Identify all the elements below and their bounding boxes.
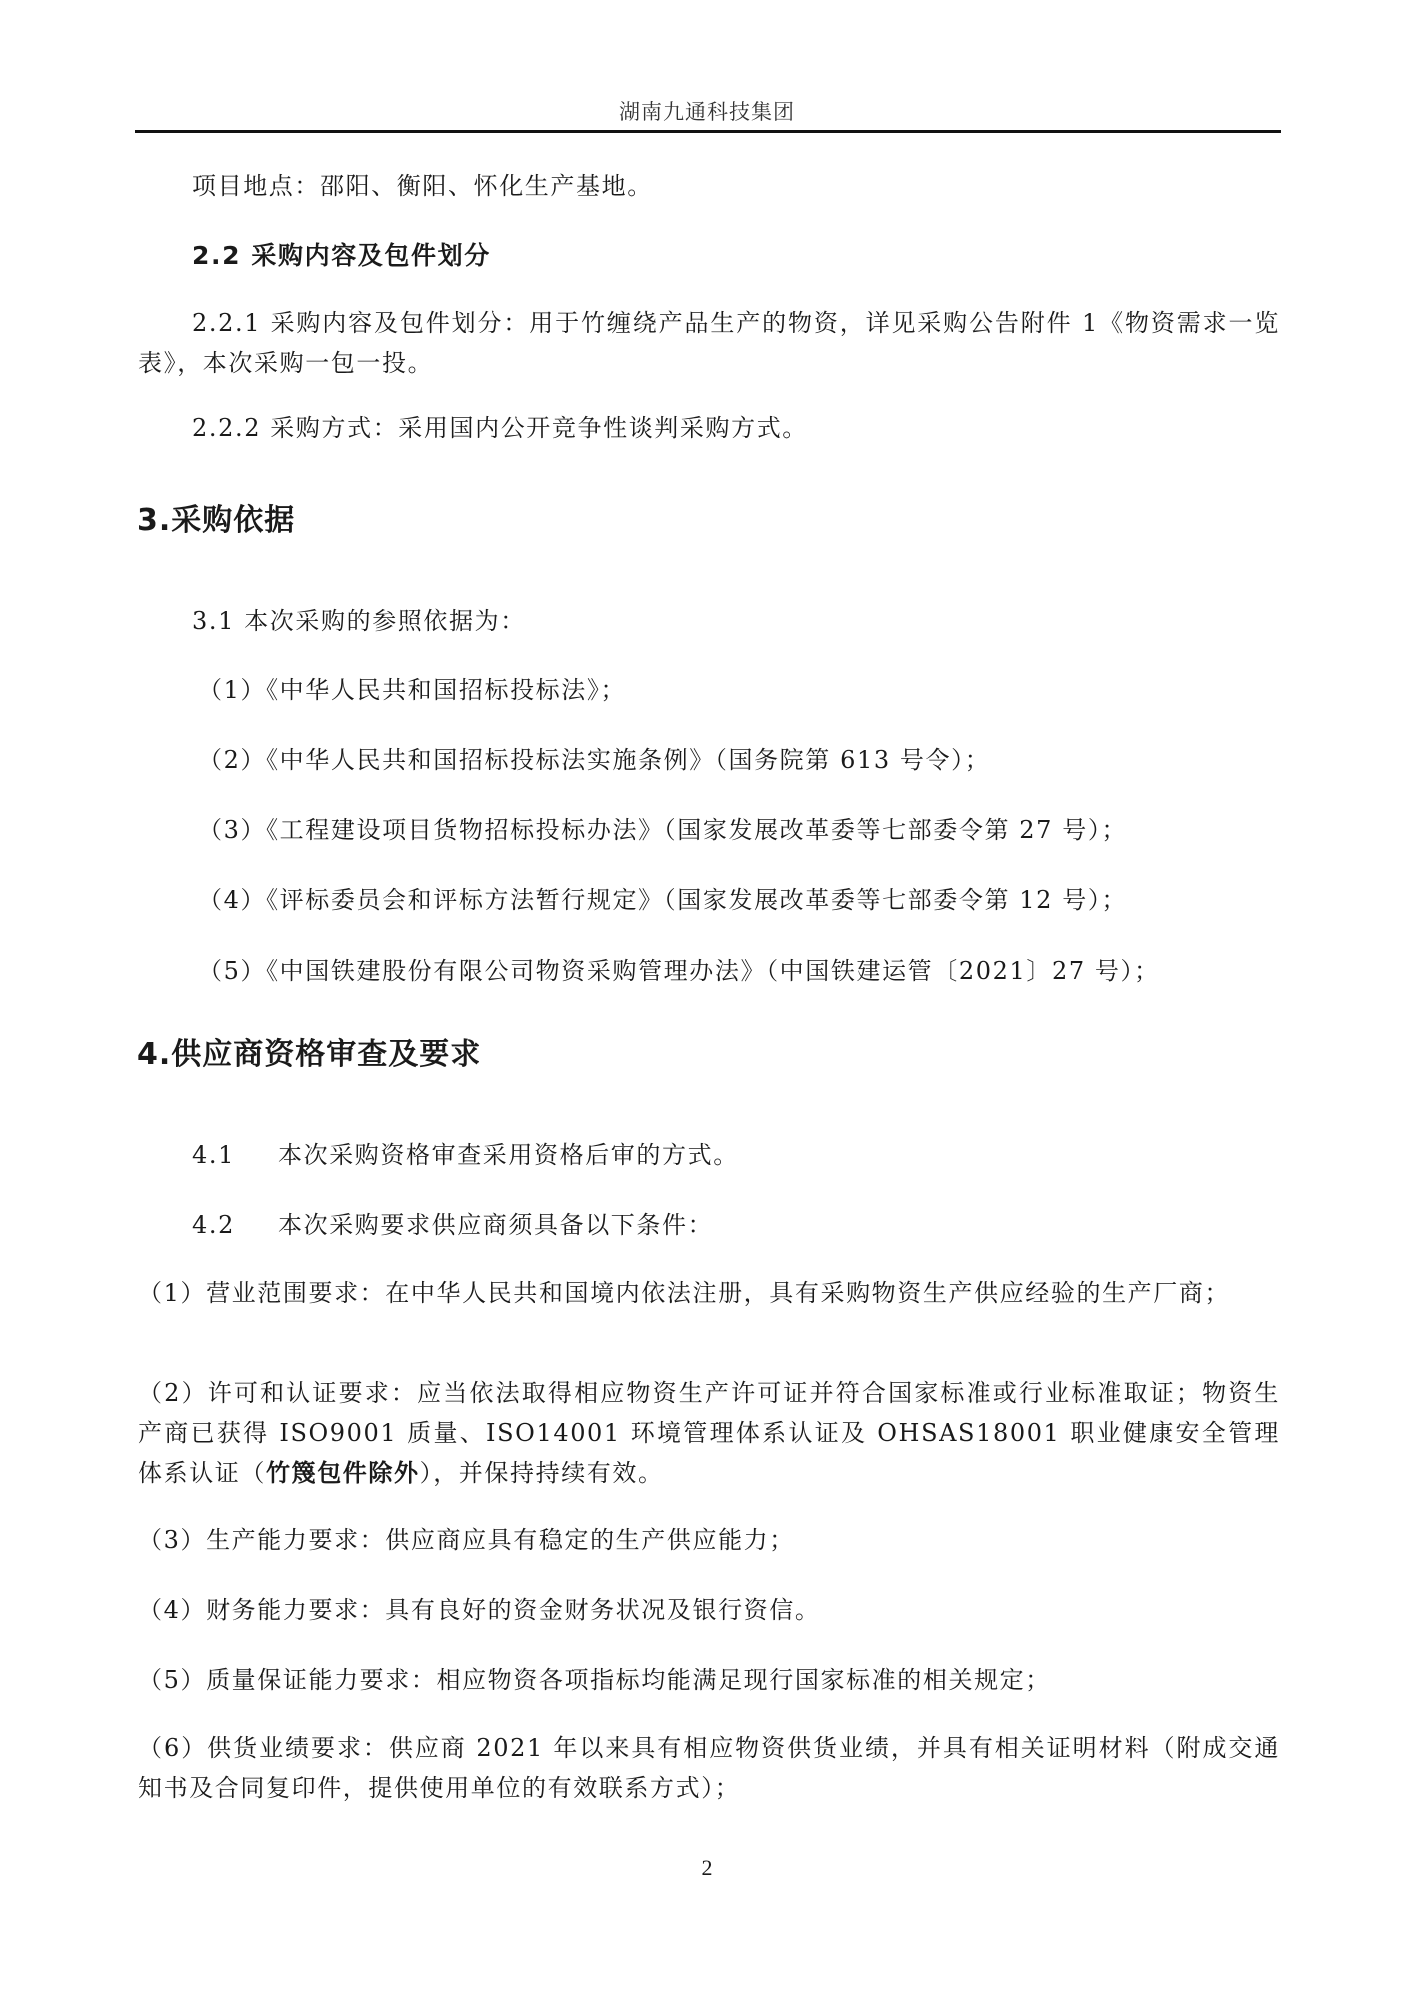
section-heading-3: 3.采购依据 <box>137 501 295 541</box>
page-header: 湖南九通科技集团 <box>0 96 1414 126</box>
page-number: 2 <box>0 1855 1414 1881</box>
requirement-2-exception: 竹篾包件除外 <box>266 1459 420 1487</box>
subsection-heading-2-2: 2.2 采购内容及包件划分 <box>192 238 491 274</box>
requirement-4: （4）财务能力要求：具有良好的资金财务状况及银行资信。 <box>138 1592 820 1628</box>
requirement-2: （2）许可和认证要求：应当依法取得相应物资生产许可证并符合国家标准或行业标准取证… <box>138 1373 1280 1493</box>
basis-item-3: （3）《工程建设项目货物招标投标办法》（国家发展改革委等七部委令第 27 号）； <box>198 812 1127 848</box>
paragraph-3-1: 3.1 本次采购的参照依据为： <box>192 603 526 639</box>
paragraph-2-2-2: 2.2.2 采购方式：采用国内公开竞争性谈判采购方式。 <box>192 410 808 446</box>
paragraph-number: 4.2 <box>192 1207 278 1243</box>
basis-item-1: （1）《中华人民共和国招标投标法》； <box>198 672 626 708</box>
header-rule <box>135 130 1281 133</box>
paragraph-text: 本次采购要求供应商须具备以下条件： <box>278 1211 713 1239</box>
paragraph-text: 本次采购资格审查采用资格后审的方式。 <box>278 1141 739 1169</box>
requirement-2-tail: ），并保持持续有效。 <box>420 1459 664 1487</box>
basis-item-5: （5）《中国铁建股份有限公司物资采购管理办法》（中国铁建运管〔2021〕27 号… <box>198 953 1160 989</box>
paragraph-number: 4.1 <box>192 1137 278 1173</box>
basis-item-4: （4）《评标委员会和评标方法暂行规定》（国家发展改革委等七部委令第 12 号）； <box>198 882 1127 918</box>
requirement-3: （3）生产能力要求：供应商应具有稳定的生产供应能力； <box>138 1522 795 1558</box>
basis-item-2: （2）《中华人民共和国招标投标法实施条例》（国务院第 613 号令）； <box>198 742 990 778</box>
paragraph-4-1: 4.1本次采购资格审查采用资格后审的方式。 <box>192 1137 739 1173</box>
requirement-1: （1）营业范围要求：在中华人民共和国境内依法注册，具有采购物资生产供应经验的生产… <box>138 1273 1280 1313</box>
section-heading-4: 4.供应商资格审查及要求 <box>137 1035 481 1075</box>
requirement-6: （6）供货业绩要求：供应商 2021 年以来具有相应物资供货业绩，并具有相关证明… <box>138 1728 1280 1808</box>
paragraph-4-2: 4.2本次采购要求供应商须具备以下条件： <box>192 1207 713 1243</box>
paragraph-2-2-1: 2.2.1 采购内容及包件划分：用于竹缠绕产品生产的物资，详见采购公告附件 1《… <box>138 303 1280 383</box>
project-location: 项目地点：邵阳、衡阳、怀化生产基地。 <box>192 168 653 204</box>
requirement-5: （5）质量保证能力要求：相应物资各项指标均能满足现行国家标准的相关规定； <box>138 1662 1051 1698</box>
